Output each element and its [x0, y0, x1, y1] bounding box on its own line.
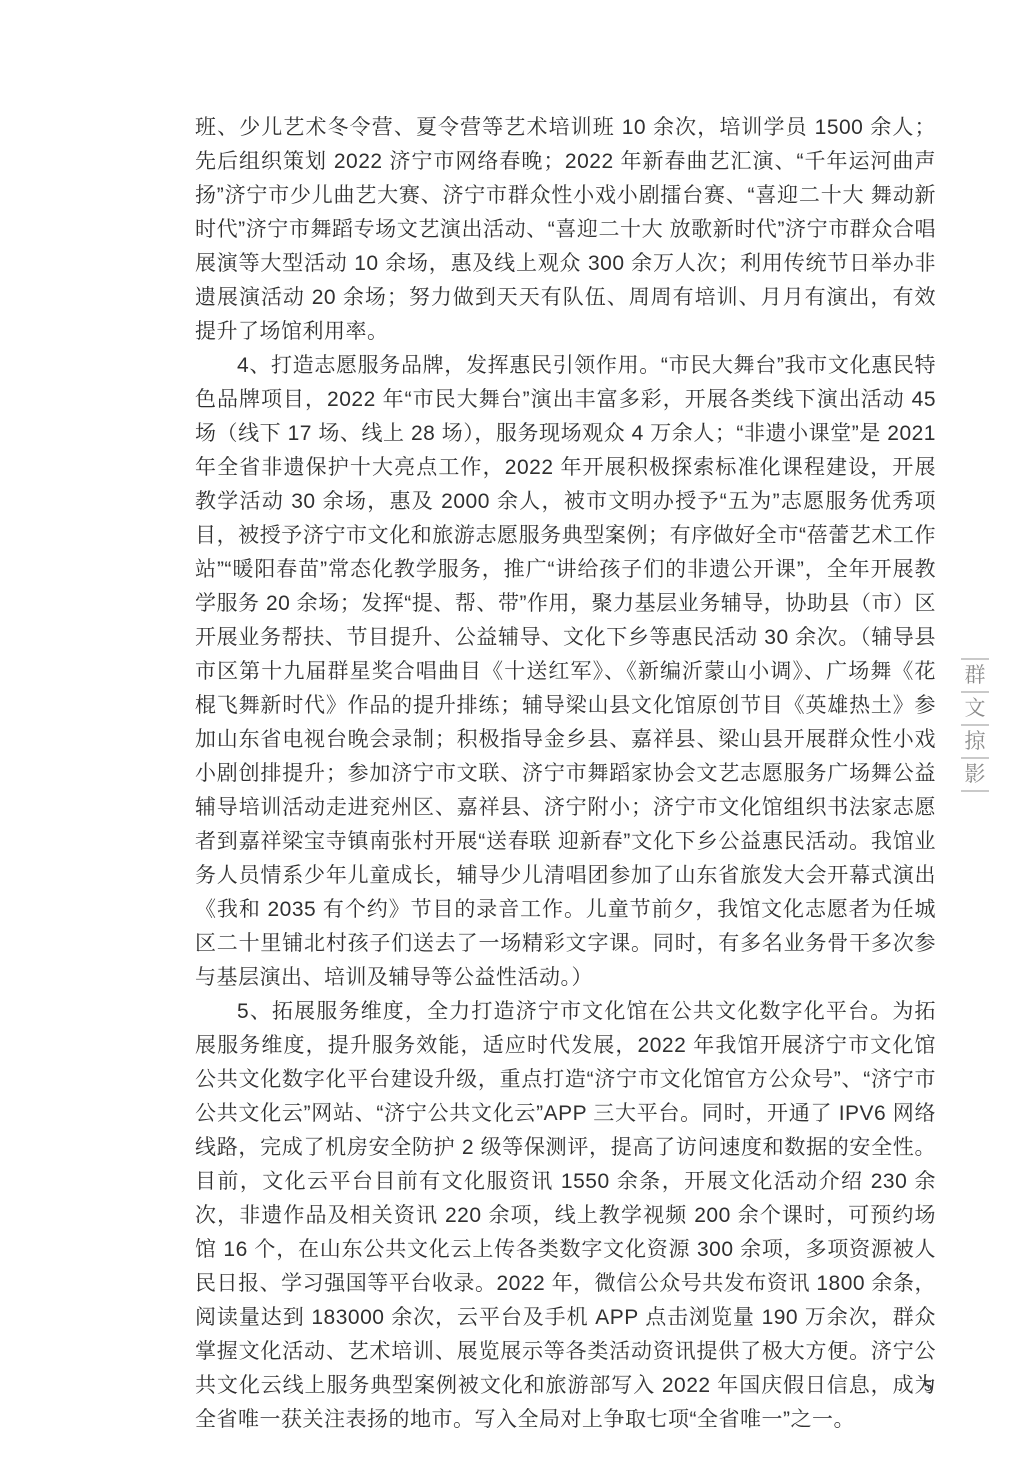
side-label-rule: [961, 691, 989, 693]
side-label-vertical: 群 文 掠 影: [958, 658, 992, 792]
side-label-char: 影: [965, 764, 986, 785]
side-label-rule: [961, 658, 989, 660]
side-label-rule: [961, 790, 989, 792]
side-label-rule: [961, 724, 989, 726]
side-label-char: 掠: [965, 731, 986, 752]
page-number: 5: [918, 1377, 938, 1397]
side-label-char: 群: [965, 665, 986, 686]
side-label-char: 文: [965, 698, 986, 719]
paragraph-item-5: 5、拓展服务维度，全力打造济宁市文化馆在公共文化数字化平台。为拓展服务维度，提升…: [195, 995, 936, 1437]
paragraph-continuation: 班、少儿艺术冬令营、夏令营等艺术培训班 10 余次，培训学员 1500 余人；先…: [195, 111, 936, 349]
document-page: 班、少儿艺术冬令营、夏令营等艺术培训班 10 余次，培训学员 1500 余人；先…: [0, 0, 1020, 1457]
side-label-rule: [961, 757, 989, 759]
paragraph-item-4: 4、打造志愿服务品牌，发挥惠民引领作用。“市民大舞台”我市文化惠民特色品牌项目，…: [195, 349, 936, 995]
page-body: 班、少儿艺术冬令营、夏令营等艺术培训班 10 余次，培训学员 1500 余人；先…: [195, 111, 936, 1437]
